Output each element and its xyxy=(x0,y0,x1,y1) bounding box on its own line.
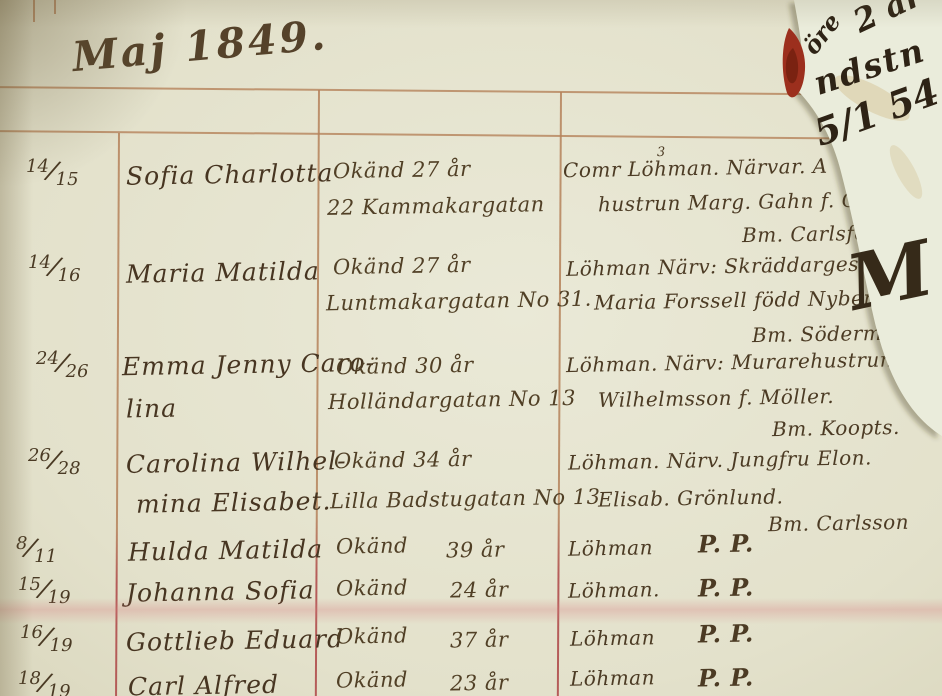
entry-unknown: Okänd xyxy=(336,535,408,557)
date-numerator: 14 xyxy=(26,156,49,177)
entry-address: Luntmakargatan No 31. xyxy=(326,289,592,315)
entry-name: Maria Matilda xyxy=(126,258,320,286)
entry-date: 16/19 xyxy=(20,624,73,650)
witness-initials: P. P. xyxy=(698,666,754,691)
witness-line: Elisab. Grönlund. xyxy=(598,486,784,509)
entry-date: 18/19 xyxy=(18,670,71,696)
entry-date: 24/26 xyxy=(36,350,89,376)
witness-initials: P. P. xyxy=(698,532,754,557)
date-denominator: 19 xyxy=(48,587,71,608)
date-denominator: 26 xyxy=(66,361,89,382)
grid-stub-line xyxy=(33,0,35,22)
date-numerator: 26 xyxy=(28,445,51,466)
entry-date: 15/19 xyxy=(18,576,71,602)
entry-name: Carl Alfred xyxy=(128,672,279,696)
entry-address: 22 Kammakargatan xyxy=(327,194,545,219)
date-numerator: 15 xyxy=(18,574,41,595)
entry-name: Carolina Wilhel- xyxy=(126,448,347,477)
date-denominator: 19 xyxy=(50,635,73,656)
entry-name-continued: mina Elisabet. xyxy=(136,488,332,516)
witness-line: Löhman xyxy=(570,627,655,648)
witness-line: Löhman. Närv. Jungfru Elon. xyxy=(568,447,872,472)
corner-flourish: M xyxy=(841,230,939,322)
date-denominator: 11 xyxy=(34,546,57,567)
witness-initials: P. P. xyxy=(698,622,754,647)
entry-unknown: Okänd xyxy=(336,669,408,691)
date-numerator: 18 xyxy=(18,668,41,689)
witness-line: Löhman. xyxy=(568,579,660,601)
witness-line: Löhman xyxy=(570,667,655,688)
page-title: Maj 1849. xyxy=(71,15,330,78)
midwife-line: Bm. Carlsson xyxy=(768,512,909,534)
entry-unknown-age: Okänd 34 år xyxy=(334,449,472,472)
entry-name: Sofia Charlotta xyxy=(126,160,334,189)
entry-age: 23 år xyxy=(450,672,509,694)
entry-name: Gottlieb Eduard xyxy=(126,626,344,655)
entry-unknown: Okänd xyxy=(336,577,408,599)
entry-unknown-age: Okänd 27 år xyxy=(333,255,471,278)
entry-name-continued: lina xyxy=(126,396,177,422)
entry-date: 8/11 xyxy=(16,535,57,561)
grid-stub-line xyxy=(54,0,56,14)
entry-unknown-age: Okänd 30 år xyxy=(336,355,474,378)
grid-vertical-line xyxy=(115,133,120,696)
entry-name: Hulda Matilda xyxy=(128,536,324,564)
date-numerator: 16 xyxy=(20,622,43,643)
entry-address: Lilla Badstugatan No 13 xyxy=(330,487,601,513)
date-numerator: 24 xyxy=(36,348,59,369)
entry-date: 26/28 xyxy=(28,447,81,473)
witness-line: Löhman xyxy=(568,537,653,558)
entry-unknown-age: Okänd 27 år xyxy=(333,159,471,182)
entry-address: Holländargatan No 13 xyxy=(328,388,576,413)
date-denominator: 16 xyxy=(58,265,81,286)
date-denominator: 15 xyxy=(56,169,79,190)
entry-date: 14/15 xyxy=(26,158,79,184)
entry-unknown: Okänd xyxy=(336,625,408,647)
date-numerator: 14 xyxy=(28,252,51,273)
entry-age: 37 år xyxy=(450,629,509,651)
date-denominator: 19 xyxy=(48,681,71,696)
witness-superscript-note: 3 xyxy=(657,146,666,159)
register-page-scan: Maj 1849. 14/15 Sofia Charlotta Okänd 27… xyxy=(0,0,942,696)
witness-initials: P. P. xyxy=(698,576,754,601)
entry-age: 39 år xyxy=(446,539,505,561)
entry-name: Johanna Sofia xyxy=(126,577,315,605)
date-denominator: 28 xyxy=(58,458,81,479)
entry-age: 24 år xyxy=(450,579,509,601)
entry-date: 14/16 xyxy=(28,254,81,280)
